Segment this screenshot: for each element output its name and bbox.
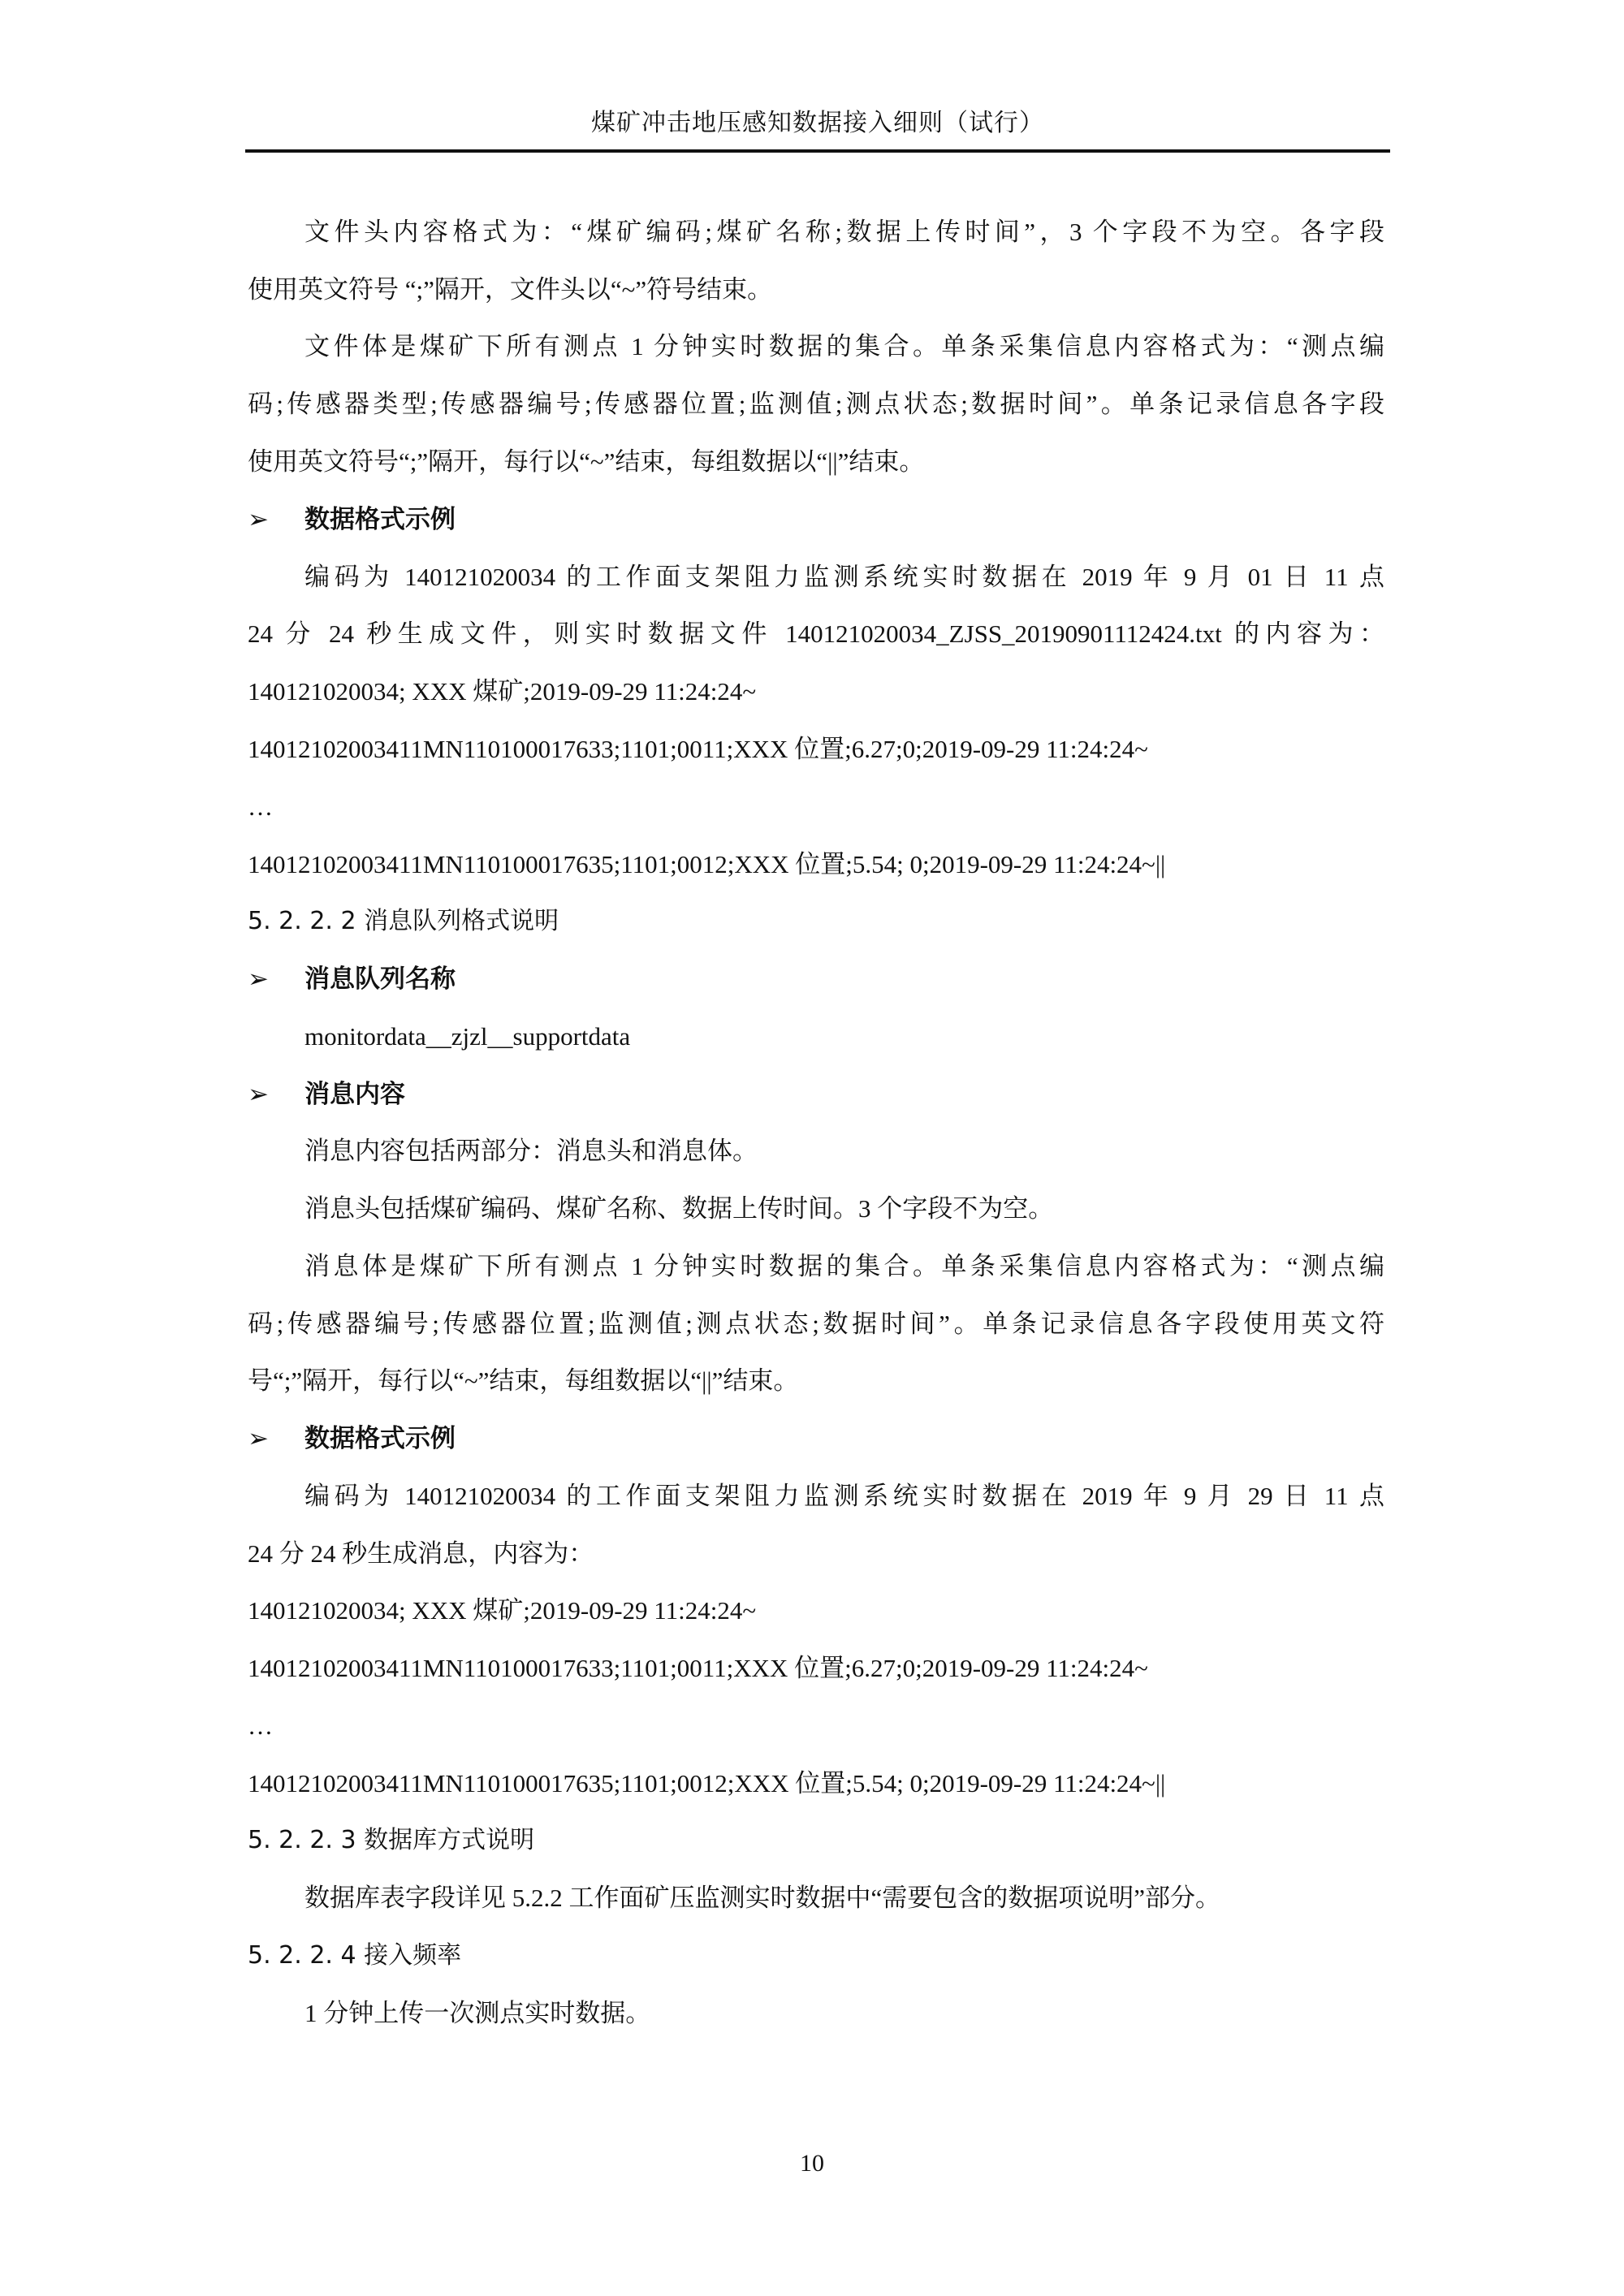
section-heading-5-2-2-3: 5. 2. 2. 3 数据库方式说明 [248, 1824, 1384, 1857]
paragraph-line: 码;传感器编号;传感器位置;监测值;测点状态;数据时间”。单条记录信息各字段使用… [248, 1308, 1384, 1340]
paragraph-line: 消息体是煤矿下所有测点 1 分钟实时数据的集合。单条采集信息内容格式为：“测点编 [304, 1250, 1384, 1283]
bullet-heading-queue-name: ➢消息队列名称 [248, 963, 1384, 995]
paragraph-line: 消息内容包括两部分：消息头和消息体。 [304, 1135, 1441, 1167]
bullet-label: 数据格式示例 [304, 505, 456, 533]
example-line: 编码为 140121020034 的工作面支架阻力监测系统实时数据在 2019 … [304, 561, 1384, 593]
paragraph-line: 码;传感器类型;传感器编号;传感器位置;监测值;测点状态;数据时间”。单条记录信… [248, 388, 1384, 421]
paragraph-line: 使用英文符号“;”隔开，每行以“~”结束，每组数据以“||”结束。 [248, 446, 1384, 478]
page-number: 10 [0, 2147, 1624, 2180]
example-line: 14012102003411MN110100017635;1101;0012;X… [248, 848, 1384, 881]
paragraph-line: 号“;”隔开，每行以“~”结束，每组数据以“||”结束。 [248, 1365, 1384, 1397]
example-line: … [248, 1710, 1384, 1742]
section-heading-5-2-2-2: 5. 2. 2. 2 消息队列格式说明 [248, 905, 1384, 938]
example-line: 14012102003411MN110100017633;1101;0011;X… [248, 1652, 1384, 1685]
page-header-title: 煤矿冲击地压感知数据接入细则（试行） [245, 107, 1390, 140]
paragraph-line: 1 分钟上传一次测点实时数据。 [304, 1997, 1441, 2030]
bullet-label: 消息队列名称 [304, 965, 456, 993]
example-line: 24 分 24 秒生成消息，内容为： [248, 1538, 1384, 1570]
example-line: … [248, 791, 1384, 823]
arrow-bullet-icon: ➢ [248, 1078, 304, 1111]
bullet-label: 数据格式示例 [304, 1424, 456, 1452]
bullet-heading-format-example-2: ➢数据格式示例 [248, 1422, 1384, 1455]
arrow-bullet-icon: ➢ [248, 963, 304, 995]
example-line: 编码为 140121020034 的工作面支架阻力监测系统实时数据在 2019 … [304, 1480, 1384, 1513]
paragraph-line: 消息头包括煤矿编码、煤矿名称、数据上传时间。3 个字段不为空。 [304, 1193, 1441, 1225]
bullet-heading-format-example-1: ➢数据格式示例 [248, 503, 1384, 536]
example-line: 24 分 24 秒生成文件，则实时数据文件 140121020034_ZJSS_… [248, 618, 1384, 650]
example-line: 140121020034; XXX 煤矿;2019-09-29 11:24:24… [248, 675, 1384, 708]
bullet-heading-message-content: ➢消息内容 [248, 1078, 1384, 1111]
example-line: 14012102003411MN110100017633;1101;0011;X… [248, 733, 1384, 766]
paragraph-line: 文件头内容格式为：“煤矿编码;煤矿名称;数据上传时间”，3 个字段不为空。各字段 [304, 216, 1384, 248]
paragraph-line: 文件体是煤矿下所有测点 1 分钟实时数据的集合。单条采集信息内容格式为：“测点编 [304, 330, 1384, 363]
section-heading-5-2-2-4: 5. 2. 2. 4 接入频率 [248, 1940, 1384, 1972]
example-line: 14012102003411MN110100017635;1101;0012;X… [248, 1767, 1384, 1800]
arrow-bullet-icon: ➢ [248, 1422, 304, 1455]
header-rule [245, 149, 1390, 153]
bullet-label: 消息内容 [304, 1080, 405, 1108]
arrow-bullet-icon: ➢ [248, 503, 304, 536]
paragraph-line: 数据库表字段详见 5.2.2 工作面矿压监测实时数据中“需要包含的数据项说明”部… [304, 1882, 1441, 1914]
example-line: 140121020034; XXX 煤矿;2019-09-29 11:24:24… [248, 1595, 1384, 1627]
queue-name-text: monitordata__zjzl__supportdata [304, 1021, 1441, 1053]
paragraph-line: 使用英文符号 “;”隔开，文件头以“~”符号结束。 [248, 274, 1384, 306]
